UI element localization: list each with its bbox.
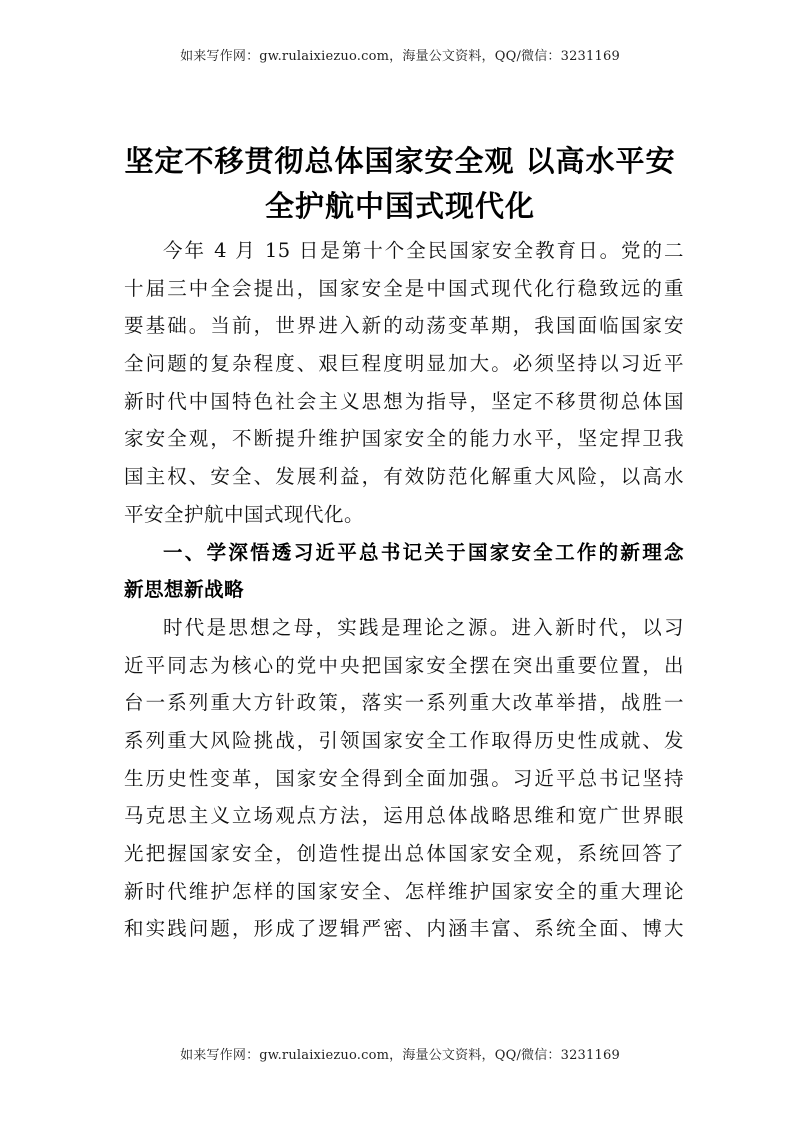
section-heading-line: 新思想新战略 (124, 571, 684, 609)
document-title-line-1: 坚定不移贯彻总体国家安全观 以高水平安 (80, 137, 720, 185)
section-paragraph-line: 和实践问题，形成了逻辑严密、内涵丰富、系统全面、博大 (124, 910, 684, 948)
intro-paragraph-line: 家安全观，不断提升维护国家安全的能力水平，坚定捍卫我 (124, 420, 684, 458)
section-paragraph-line: 时代是思想之母，实践是理论之源。进入新时代，以习 (124, 609, 684, 647)
section-heading-line: 一、学深悟透习近平总书记关于国家安全工作的新理念 (124, 534, 684, 572)
page-footer: 如来写作网：gw.rulaixiezuo.com，海量公文资料，QQ/微信：32… (0, 1044, 800, 1063)
section-paragraph-line: 生历史性变革，国家安全得到全面加强。习近平总书记坚持 (124, 760, 684, 798)
page-header: 如来写作网：gw.rulaixiezuo.com，海量公文资料，QQ/微信：32… (0, 45, 800, 64)
document-page: 如来写作网：gw.rulaixiezuo.com，海量公文资料，QQ/微信：32… (0, 0, 800, 1131)
section-paragraph-line: 台一系列重大方针政策，落实一系列重大改革举措，战胜一 (124, 684, 684, 722)
intro-paragraph-line: 要基础。当前，世界进入新的动荡变革期，我国面临国家安 (124, 307, 684, 345)
section-paragraph-line: 系列重大风险挑战，引领国家安全工作取得历史性成就、发 (124, 722, 684, 760)
section-paragraph-line: 新时代维护怎样的国家安全、怎样维护国家安全的重大理论 (124, 873, 684, 911)
section-paragraph-line: 马克思主义立场观点方法，运用总体战略思维和宽广世界眼 (124, 797, 684, 835)
intro-paragraph-line: 国主权、安全、发展利益，有效防范化解重大风险，以高水 (124, 458, 684, 496)
section-paragraph-line: 光把握国家安全，创造性提出总体国家安全观，系统回答了 (124, 835, 684, 873)
intro-paragraph-line: 平安全护航中国式现代化。 (124, 496, 684, 534)
document-title-line-2: 全护航中国式现代化 (80, 182, 720, 230)
intro-paragraph-line: 全问题的复杂程度、艰巨程度明显加大。必须坚持以习近平 (124, 345, 684, 383)
intro-paragraph-line: 十届三中全会提出，国家安全是中国式现代化行稳致远的重 (124, 270, 684, 308)
section-paragraph-line: 近平同志为核心的党中央把国家安全摆在突出重要位置，出 (124, 647, 684, 685)
document-body: 今年 4 月 15 日是第十个全民国家安全教育日。党的二 十届三中全会提出，国家… (124, 232, 684, 948)
intro-paragraph-line: 新时代中国特色社会主义思想为指导，坚定不移贯彻总体国 (124, 383, 684, 421)
intro-paragraph-line: 今年 4 月 15 日是第十个全民国家安全教育日。党的二 (124, 232, 684, 270)
